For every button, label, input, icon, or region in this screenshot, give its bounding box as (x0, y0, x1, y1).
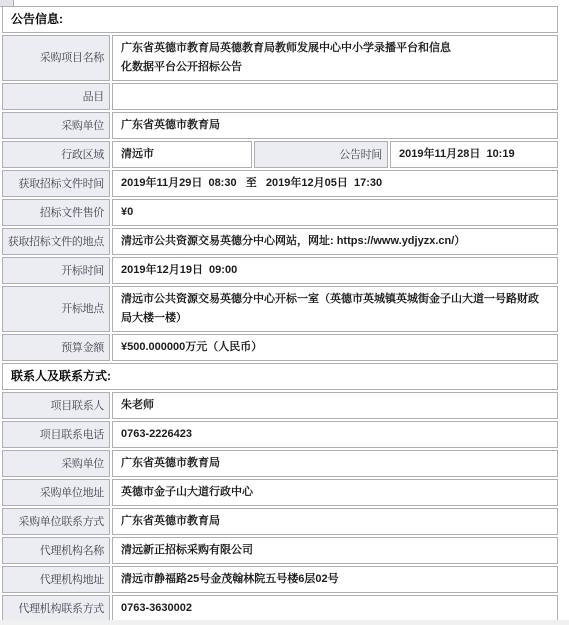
label-admin-region: 行政区域 (2, 141, 110, 168)
value-agency-contact: 0763-3630002 (112, 595, 558, 622)
row-doc-obtain-time: 获取招标文件时间 2019年11月29日 08:30 至 2019年12月05日… (2, 170, 558, 197)
page-bottom-strip (0, 620, 569, 625)
value-doc-obtain-place: 清远市公共资源交易英德分中心网站，网址: https://www.ydjyzx.… (112, 228, 558, 255)
row-doc-obtain-place: 获取招标文件的地点 清远市公共资源交易英德分中心网站，网址: https://w… (2, 228, 558, 255)
value-contact-purchaser: 广东省英德市教育局 (112, 450, 558, 477)
label-budget: 预算金额 (2, 334, 110, 361)
row-purchaser-address: 采购单位地址 英德市金子山大道行政中心 (2, 479, 558, 506)
value-budget: ¥500.000000万元（人民币） (112, 334, 558, 361)
page-edge-fragment (0, 0, 14, 7)
label-announce-time: 公告时间 (254, 141, 388, 168)
label-contact-purchaser: 采购单位 (2, 450, 110, 477)
label-purchaser: 采购单位 (2, 112, 110, 139)
label-project-contact: 项目联系人 (2, 392, 110, 419)
value-purchaser-contact: 广东省英德市教育局 (112, 508, 558, 535)
label-agency-address: 代理机构地址 (2, 566, 110, 593)
row-admin-region-and-announce-time: 行政区域 清远市 公告时间 2019年11月28日 10:19 (2, 141, 558, 168)
row-budget: 预算金额 ¥500.000000万元（人民币） (2, 334, 558, 361)
value-category (112, 83, 558, 110)
section-header-contact-info: 联系人及联系方式: (2, 363, 558, 390)
row-contact-purchaser: 采购单位 广东省英德市教育局 (2, 450, 558, 477)
value-project-name: 广东省英德市教育局英德教育局教师发展中心中小学录播平台和信息 化数据平台公开招标… (112, 35, 558, 81)
value-agency-name: 清远新正招标采购有限公司 (112, 537, 558, 564)
label-bid-open-place: 开标地点 (2, 286, 110, 332)
row-project-name: 采购项目名称 广东省英德市教育局英德教育局教师发展中心中小学录播平台和信息 化数… (2, 35, 558, 81)
label-project-name: 采购项目名称 (2, 35, 110, 81)
label-purchaser-address: 采购单位地址 (2, 479, 110, 506)
label-doc-price: 招标文件售价 (2, 199, 110, 226)
section-row-announcement-info: 公告信息: (2, 6, 558, 33)
value-purchaser: 广东省英德市教育局 (112, 112, 558, 139)
row-project-phone: 项目联系电话 0763-2226423 (2, 421, 558, 448)
row-purchaser: 采购单位 广东省英德市教育局 (2, 112, 558, 139)
value-doc-price: ¥0 (112, 199, 558, 226)
value-purchaser-address: 英德市金子山大道行政中心 (112, 479, 558, 506)
row-agency-address: 代理机构地址 清远市静福路25号金茂翰林院五号楼6层02号 (2, 566, 558, 593)
row-category: 品目 (2, 83, 558, 110)
procurement-info-table: 公告信息: 采购项目名称 广东省英德市教育局英德教育局教师发展中心中小学录播平台… (0, 4, 560, 624)
label-agency-name: 代理机构名称 (2, 537, 110, 564)
row-agency-name: 代理机构名称 清远新正招标采购有限公司 (2, 537, 558, 564)
section-row-contact-info: 联系人及联系方式: (2, 363, 558, 390)
value-bid-open-time: 2019年12月19日 09:00 (112, 257, 558, 284)
value-project-contact: 朱老师 (112, 392, 558, 419)
label-project-phone: 项目联系电话 (2, 421, 110, 448)
value-doc-obtain-time: 2019年11月29日 08:30 至 2019年12月05日 17:30 (112, 170, 558, 197)
row-bid-open-place: 开标地点 清远市公共资源交易英德分中心开标一室（英德市英城镇英城街金子山大道一号… (2, 286, 558, 332)
row-doc-price: 招标文件售价 ¥0 (2, 199, 558, 226)
value-agency-address: 清远市静福路25号金茂翰林院五号楼6层02号 (112, 566, 558, 593)
label-doc-obtain-place: 获取招标文件的地点 (2, 228, 110, 255)
label-purchaser-contact: 采购单位联系方式 (2, 508, 110, 535)
label-category: 品目 (2, 83, 110, 110)
row-bid-open-time: 开标时间 2019年12月19日 09:00 (2, 257, 558, 284)
value-announce-time: 2019年11月28日 10:19 (390, 141, 558, 168)
row-project-contact: 项目联系人 朱老师 (2, 392, 558, 419)
label-doc-obtain-time: 获取招标文件时间 (2, 170, 110, 197)
label-agency-contact: 代理机构联系方式 (2, 595, 110, 622)
value-bid-open-place: 清远市公共资源交易英德分中心开标一室（英德市英城镇英城街金子山大道一号路财政 局… (112, 286, 558, 332)
value-admin-region: 清远市 (112, 141, 252, 168)
value-project-phone: 0763-2226423 (112, 421, 558, 448)
section-header-announcement-info: 公告信息: (2, 6, 558, 33)
label-bid-open-time: 开标时间 (2, 257, 110, 284)
row-purchaser-contact: 采购单位联系方式 广东省英德市教育局 (2, 508, 558, 535)
row-agency-contact: 代理机构联系方式 0763-3630002 (2, 595, 558, 622)
